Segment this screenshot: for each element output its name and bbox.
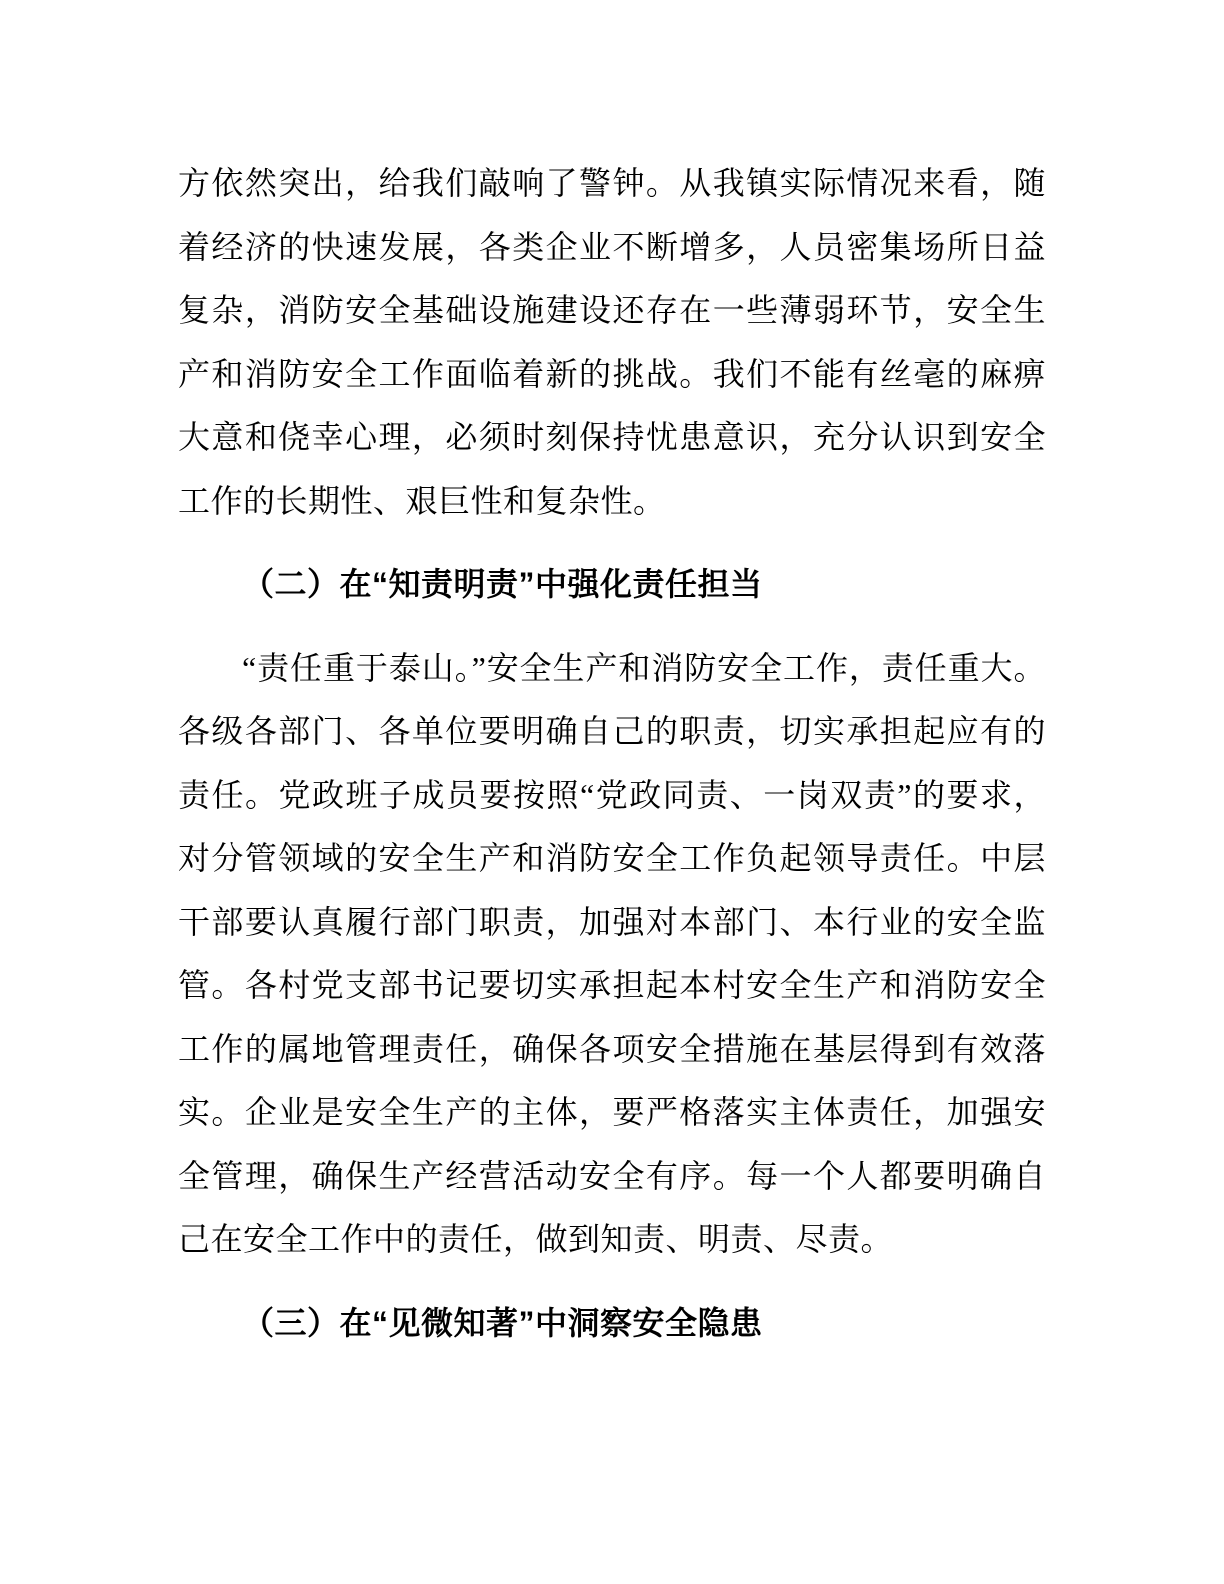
- document-page: 方依然突出，给我们敲响了警钟。从我镇实际情况来看，随着经济的快速发展，各类企业不…: [0, 0, 1224, 1584]
- section-heading-2-responsibility: （二）在“知责明责”中强化责任担当: [178, 553, 1046, 617]
- paragraph-safety-situation-continuation: 方依然突出，给我们敲响了警钟。从我镇实际情况来看，随着经济的快速发展，各类企业不…: [178, 152, 1046, 533]
- section-heading-3-hidden-dangers: （三）在“见微知著”中洞察安全隐患: [178, 1292, 1046, 1356]
- paragraph-responsibility-body: “责任重于泰山。”安全生产和消防安全工作，责任重大。各级各部门、各单位要明确自己…: [178, 637, 1046, 1272]
